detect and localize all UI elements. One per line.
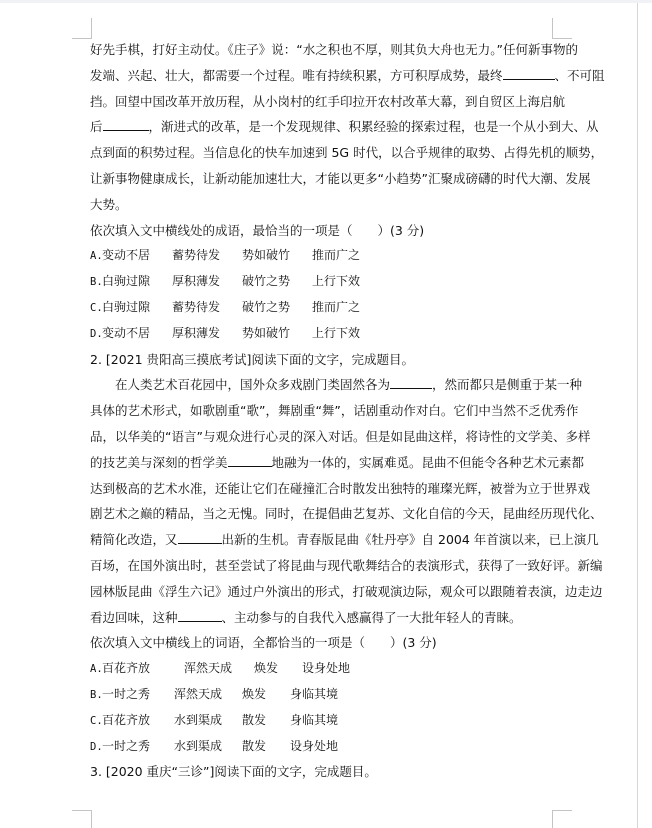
- passage2-line: 剧艺术之巅的精品，当之无愧。同时，在提倡曲艺复苏、文化自信的今天，昆曲经历现代化…: [90, 501, 555, 527]
- text: 剧艺术之巅的精品，当之无愧。同时，在提倡曲艺复苏、文化自信的今天，昆曲经历现代化…: [90, 506, 603, 521]
- passage1-line: 点到面的积势过程。当信息化的快车加速到 5G 时代，以合乎规律的取势、占得先机的…: [90, 140, 555, 166]
- option-item: 破竹之势: [242, 295, 312, 321]
- text: 大势。: [90, 197, 128, 212]
- question2-option-d[interactable]: D.一时之秀水到渠成散发设身处地: [90, 734, 555, 760]
- passage2-line: 的技艺美与深刻的哲学美地融为一体的，实属难觅。昆曲不但能令各种艺术元素都: [90, 450, 555, 476]
- page-right-edge: [637, 3, 638, 828]
- option-item: 厚积薄发: [172, 321, 242, 347]
- option-item: 一时之秀: [102, 682, 174, 708]
- margin-mark-bottom-left-v: [91, 810, 92, 828]
- text: 地融为一体的，实属难觅。昆曲不但能令各种艺术元素都: [272, 455, 585, 470]
- margin-mark-top-left-h: [72, 38, 92, 39]
- option-item: 身临其境: [290, 682, 338, 708]
- option-item: 身临其境: [290, 708, 338, 734]
- passage2-line: 在人类艺术百花园中，国外众多戏剧门类固然各为，然而都只是侧重于某一种: [90, 372, 555, 398]
- option-item: 浑然天成: [184, 656, 254, 682]
- text: 后: [90, 119, 103, 134]
- fill-blank: [178, 607, 222, 622]
- question2-heading: 2. [2021 贵阳高三摸底考试]阅读下面的文字，完成题目。: [90, 347, 555, 373]
- option-item: 焕发: [254, 656, 302, 682]
- question1-prompt: 依次填入文中横线处的成语，最恰当的一项是（ ）(3 分): [90, 218, 555, 244]
- text: 具体的艺术形式，如歌剧重“歌”，舞剧重“舞”，话剧重动作对白。它们中当然不乏优秀…: [90, 403, 578, 418]
- text: 精简化改造，又: [90, 532, 178, 547]
- text: 看边回味，这种: [90, 610, 178, 625]
- text: 好先手棋，打好主动仗。《庄子》说：“水之积也不厚，则其负大舟也无力。”任何新事物…: [90, 42, 578, 57]
- text: 让新事物健康成长，让新动能加速壮大，才能以更多“小趋势”汇聚成磅礴的时代大潮、发…: [90, 171, 590, 186]
- option-label: D.: [90, 735, 102, 761]
- option-item: 蓄势待发: [172, 243, 242, 269]
- text: 挡。回望中国改革开放历程，从小岗村的红手印拉开农村改革大幕，到自贸区上海启航: [90, 94, 565, 109]
- question1-option-a[interactable]: A.变动不居蓄势待发势如破竹推而广之: [90, 243, 555, 269]
- fill-blank: [103, 116, 149, 131]
- question1-option-d[interactable]: D.变动不居厚积薄发势如破竹上行下效: [90, 321, 555, 347]
- margin-mark-bottom-left-h: [72, 810, 92, 811]
- passage2-line: 达到极高的艺术水准，还能让它们在碰撞汇合时散发出独特的璀璨光辉，被誉为立于世界戏: [90, 476, 555, 502]
- option-item: 水到渠成: [174, 734, 242, 760]
- option-item: 推而广之: [312, 243, 360, 269]
- question2-option-c[interactable]: C.百花齐放水到渠成散发身临其境: [90, 708, 555, 734]
- text: 发端、兴起、壮大，都需要一个过程。唯有持续积累，方可积厚成势，最终: [90, 68, 503, 83]
- option-item: 散发: [242, 734, 290, 760]
- passage2-line: 具体的艺术形式，如歌剧重“歌”，舞剧重“舞”，话剧重动作对白。它们中当然不乏优秀…: [90, 398, 555, 424]
- fill-blank: [390, 374, 432, 389]
- option-label: C.: [90, 709, 102, 735]
- margin-mark-bottom-right-v: [552, 810, 553, 828]
- option-item: 白驹过隙: [102, 269, 172, 295]
- text: 、主动参与的自我代入感赢得了一大批年轻人的青睐。: [222, 610, 522, 625]
- option-item: 散发: [242, 708, 290, 734]
- viewer-top-strip: [0, 0, 652, 3]
- question2-option-a[interactable]: A.百花齐放浑然天成焕发设身处地: [90, 656, 555, 682]
- question2-option-b[interactable]: B.一时之秀浑然天成焕发身临其境: [90, 682, 555, 708]
- document-page-body: 好先手棋，打好主动仗。《庄子》说：“水之积也不厚，则其负大舟也无力。”任何新事物…: [90, 37, 555, 785]
- option-item: 百花齐放: [102, 708, 174, 734]
- text: 在人类艺术百花园中，国外众多戏剧门类固然各为: [115, 377, 390, 392]
- passage2-line: 精简化改造，又出新的生机。青春版昆曲《牡丹亭》自 2004 年首演以来，已上演几: [90, 527, 555, 553]
- option-item: 厚积薄发: [172, 269, 242, 295]
- margin-mark-top-left-v: [91, 18, 92, 38]
- text: 品，以华美的“语言”与观众进行心灵的深入对话。但是如昆曲这样，将诗性的文学美、多…: [90, 429, 590, 444]
- option-item: 变动不居: [102, 321, 172, 347]
- question2-prompt: 依次填入文中横线上的词语，全都恰当的一项是（ ）(3 分): [90, 630, 555, 656]
- option-item: 上行下效: [312, 269, 360, 295]
- fill-blank: [228, 452, 272, 467]
- question3-heading: 3. [2020 重庆“三诊”]阅读下面的文字，完成题目。: [90, 759, 555, 785]
- text: 园林版昆曲《浮生六记》通过户外演出的形式，打破观演边际，观众可以跟随着表演，边走…: [90, 584, 603, 599]
- option-item: 白驹过隙: [102, 295, 172, 321]
- passage2-line: 品，以华美的“语言”与观众进行心灵的深入对话。但是如昆曲这样，将诗性的文学美、多…: [90, 424, 555, 450]
- passage1-line: 发端、兴起、壮大，都需要一个过程。唯有持续积累，方可积厚成势，最终、不可阻: [90, 63, 555, 89]
- option-item: 势如破竹: [242, 321, 312, 347]
- passage2-line: 百场，在国外演出时，甚至尝试了将昆曲与现代歌舞结合的表演形式，获得了一致好评。新…: [90, 553, 555, 579]
- text: 出新的生机。青春版昆曲《牡丹亭》自 2004 年首演以来，已上演几: [222, 532, 599, 547]
- option-label: C.: [90, 296, 102, 322]
- option-item: 浑然天成: [174, 682, 242, 708]
- text: 、不可阻: [555, 68, 605, 83]
- option-item: 蓄势待发: [172, 295, 242, 321]
- option-item: 焕发: [242, 682, 290, 708]
- text: ，渐进式的改革，是一个发现规律、积累经验的探索过程，也是一个从小到大、从: [149, 119, 599, 134]
- option-item: 势如破竹: [242, 243, 312, 269]
- option-item: 推而广之: [312, 295, 360, 321]
- margin-mark-top-right-v: [552, 18, 553, 38]
- option-label: A.: [90, 657, 102, 683]
- option-item: 设身处地: [302, 656, 350, 682]
- option-label: D.: [90, 322, 102, 348]
- option-label: A.: [90, 244, 102, 270]
- text: 的技艺美与深刻的哲学美: [90, 455, 228, 470]
- option-item: 上行下效: [312, 321, 360, 347]
- passage2-line: 看边回味，这种、主动参与的自我代入感赢得了一大批年轻人的青睐。: [90, 605, 555, 631]
- text: 百场，在国外演出时，甚至尝试了将昆曲与现代歌舞结合的表演形式，获得了一致好评。新…: [90, 558, 603, 573]
- option-item: 水到渠成: [174, 708, 242, 734]
- passage1-line: 好先手棋，打好主动仗。《庄子》说：“水之积也不厚，则其负大舟也无力。”任何新事物…: [90, 37, 555, 63]
- option-item: 变动不居: [102, 243, 172, 269]
- option-item: 一时之秀: [102, 734, 174, 760]
- fill-blank: [178, 529, 222, 544]
- viewer-right-gutter: [638, 3, 652, 828]
- option-label: B.: [90, 683, 102, 709]
- passage2-line: 园林版昆曲《浮生六记》通过户外演出的形式，打破观演边际，观众可以跟随着表演，边走…: [90, 579, 555, 605]
- option-label: B.: [90, 270, 102, 296]
- fill-blank: [503, 65, 555, 80]
- question1-option-b[interactable]: B.白驹过隙厚积薄发破竹之势上行下效: [90, 269, 555, 295]
- passage1-line: 让新事物健康成长，让新动能加速壮大，才能以更多“小趋势”汇聚成磅礴的时代大潮、发…: [90, 166, 555, 192]
- option-item: 破竹之势: [242, 269, 312, 295]
- option-item: 百花齐放: [102, 656, 184, 682]
- option-item: 设身处地: [290, 734, 338, 760]
- margin-mark-bottom-right-h: [552, 810, 572, 811]
- passage1-line: 后，渐进式的改革，是一个发现规律、积累经验的探索过程，也是一个从小到大、从: [90, 114, 555, 140]
- question1-option-c[interactable]: C.白驹过隙蓄势待发破竹之势推而广之: [90, 295, 555, 321]
- passage1-line: 挡。回望中国改革开放历程，从小岗村的红手印拉开农村改革大幕，到自贸区上海启航: [90, 89, 555, 115]
- text: 点到面的积势过程。当信息化的快车加速到 5G 时代，以合乎规律的取势、占得先机的…: [90, 145, 603, 160]
- text: 达到极高的艺术水准，还能让它们在碰撞汇合时散发出独特的璀璨光辉，被誉为立于世界戏: [90, 481, 590, 496]
- text: ，然而都只是侧重于某一种: [432, 377, 582, 392]
- passage1-line: 大势。: [90, 192, 555, 218]
